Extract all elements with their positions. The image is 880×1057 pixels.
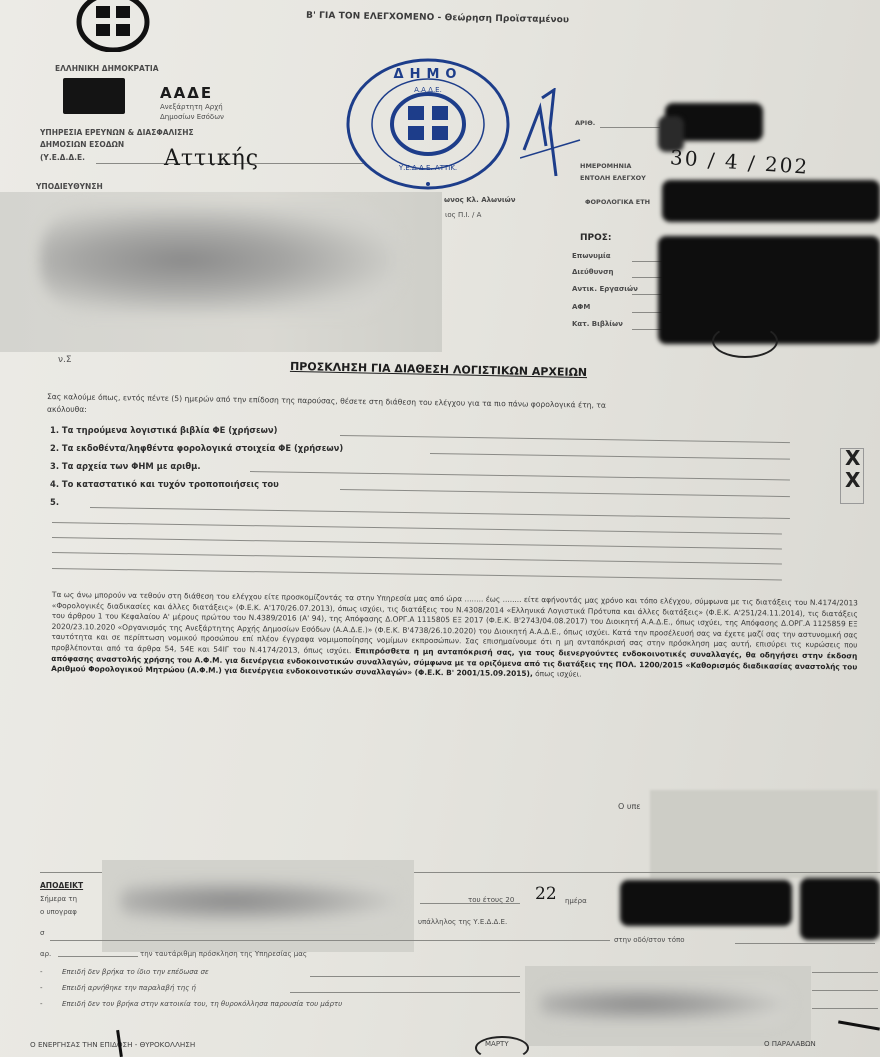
requested-item: 5. <box>50 497 59 507</box>
recipient-field-label: Κατ. Βιβλίων <box>572 320 623 328</box>
requested-item: 3. Τα αρχεία των ΦΗΜ με αριθμ. <box>50 461 201 471</box>
checkmark-1: X <box>845 446 860 470</box>
legal-body-paragraph: Τα ως άνω μπορούν να τεθούν στη διάθεση … <box>51 590 858 683</box>
redacted-recipient <box>658 236 880 344</box>
handwritten-year: 22 <box>535 884 557 904</box>
item-fill-line <box>250 471 790 480</box>
address-fragment: ωνος Κλ. Αλωνιών <box>444 196 515 204</box>
reason-bullet: - <box>40 968 43 976</box>
checkmark-2: X <box>845 468 860 492</box>
number-label: ΑΡΙΘ. <box>575 119 595 127</box>
receipt-line1-end: ημέρα <box>565 897 587 905</box>
agency-name-line2: Δημοσίων Εσόδων <box>160 113 224 121</box>
body-tail: όπως ισχύει. <box>535 669 582 678</box>
recipient-field-label: Διεύθυνση <box>572 268 614 276</box>
reason-text: Επειδή αρνήθηκε την παραλαβή της ή <box>62 984 196 992</box>
blurred-area-top <box>40 205 400 315</box>
reason-text: Επειδή δεν βρήκα το ίδιο την επέδωσα σε <box>62 968 209 976</box>
svg-text:Υ.Ε.Δ.Δ.Ε. ΑΤΤΙΚ.: Υ.Ε.Δ.Δ.Ε. ΑΤΤΙΚ. <box>398 164 457 172</box>
recipient-field-label: ΑΦΜ <box>572 303 590 311</box>
intro-line2: ακόλουθα: <box>47 405 87 414</box>
recipient-field-label: Αντικ. Εργασιών <box>572 285 638 293</box>
receipt-line1-mid: του έτους 20 <box>468 896 514 904</box>
republic-label: ΕΛΛΗΝΙΚΗ ΔΗΜΟΚΡΑΤΙΑ <box>55 64 159 73</box>
document-title: ΠΡΟΣΚΛΗΣΗ ΓΙΑ ΔΙΑΘΕΣΗ ΛΟΓΙΣΤΙΚΩΝ ΑΡΧΕΙΩΝ <box>290 360 587 379</box>
receipt-line4-rule <box>58 956 138 957</box>
requested-item: 4. Το καταστατικό και τυχόν τροποποιήσει… <box>50 479 279 489</box>
receipt-line4-mid: την ταυτάριθμη πρόσκληση της Υπηρεσίας μ… <box>140 950 307 958</box>
service-line2: ΔΗΜΟΣΙΩΝ ΕΣΟΔΩΝ <box>40 140 124 149</box>
right-fill-line <box>812 1008 878 1009</box>
official-stamp: ΔΗΜΟ Α.Α.Δ.Ε. Υ.Ε.Δ.Δ.Ε. ΑΤΤΙΚ. <box>342 52 518 192</box>
redacted-receipt-name <box>800 878 880 940</box>
service-line3: (Υ.Ε.Δ.Δ.Ε. <box>40 153 85 162</box>
receipt-line3-rule-b <box>735 943 875 944</box>
redacted-order <box>662 180 880 222</box>
agency-abbreviation: ΑΑΔΕ <box>160 84 213 102</box>
receipt-line4-start: αρ. <box>40 950 51 958</box>
handwritten-circle <box>712 324 778 358</box>
greek-coat-of-arms-icon <box>72 0 154 52</box>
blurred-area-receipt <box>120 878 400 924</box>
subdivision-label: ΥΠΟΔΙΕΥΘΥΝΣΗ <box>36 182 103 191</box>
receipt-line3-start: σ <box>40 929 44 937</box>
right-fill-line <box>812 972 878 973</box>
blank-line <box>52 568 782 580</box>
server-label: Ο ΕΝΕΡΓΗΣΑΣ ΤΗΝ ΕΠΙΔΟΣΗ - ΘΥΡΟΚΟΛΛΗΣΗ <box>30 1040 195 1049</box>
receiver-label: Ο ΠΑΡΑΛΑΒΩΝ <box>764 1040 816 1048</box>
body-text: Τα ως άνω μπορούν να τεθούν στη διάθεση … <box>51 590 858 655</box>
requested-item: 2. Τα εκδοθέντα/ληφθέντα φορολογικά στοι… <box>50 443 343 453</box>
recipient-field-label: Επωνυμία <box>572 252 611 260</box>
recipient-to-label: ΠΡΟΣ: <box>580 233 612 243</box>
item-fill-line <box>430 453 790 460</box>
receiver-signature-stroke <box>838 1020 880 1030</box>
service-line1: ΥΠΗΡΕΣΙΑ ΕΡΕΥΝΩΝ & ΔΙΑΣΦΑΛΙΣΗΣ <box>40 128 194 137</box>
reason-fill-line <box>290 992 520 993</box>
item-fill-line <box>340 435 790 443</box>
blank-line <box>52 522 782 534</box>
blank-line <box>52 552 782 564</box>
svg-text:ΔΗΜΟ: ΔΗΜΟ <box>394 67 463 82</box>
scanned-document: Β' ΓΙΑ ΤΟΝ ΕΛΕΓΧΟΜΕΝΟ - Θεώρηση Προϊσταμ… <box>0 0 880 1057</box>
margin-mark: ν.Σ <box>58 355 72 365</box>
stamp-inner-text: Α.Α.Δ.Ε. <box>414 86 442 94</box>
blurred-area-bottom <box>540 985 790 1023</box>
receipt-title: ΑΠΟΔΕΙΚΤ <box>40 881 83 890</box>
agency-name-line1: Ανεξάρτητη Αρχή <box>160 103 223 111</box>
reason-fill-line <box>310 976 520 977</box>
intro-line1: Σας καλούμε όπως, εντός πέντε (5) ημερών… <box>47 392 606 410</box>
aade-logo-icon <box>63 78 125 114</box>
receipt-line3-mid: στην οδό/στον τόπο <box>614 936 685 944</box>
reason-bullet: - <box>40 1000 43 1008</box>
handwritten-date: 30 / 4 / 202 <box>669 145 810 179</box>
right-fill-line <box>812 990 878 991</box>
receipt-line3-rule-a <box>50 940 610 941</box>
witness-signature-loop <box>475 1036 529 1057</box>
copy-label: Β' ΓΙΑ ΤΟΝ ΕΛΕΓΧΟΜΕΝΟ - Θεώρηση Προϊσταμ… <box>306 11 569 26</box>
number-underline <box>600 127 660 128</box>
receipt-line1-start: Σήμερα τη <box>40 895 77 903</box>
reason-text: Επειδή δεν τον βρήκα στην κατοικία του, … <box>62 1000 342 1008</box>
signatory-fragment: Ο υπε <box>618 802 641 811</box>
item-fill-line <box>90 507 790 519</box>
receipt-line2-mid: υπάλληλος της Υ.Ε.Δ.Δ.Ε. <box>418 918 507 926</box>
handwritten-region: Αττικής <box>164 146 259 171</box>
redacted-receipt-date <box>620 880 792 926</box>
order-label: ΕΝΤΟΛΗ ΕΛΕΓΧΟΥ <box>580 174 646 182</box>
date-label: ΗΜΕΡΟΜΗΝΙΑ <box>580 162 631 170</box>
receipt-line2-start: ο υπογραφ <box>40 908 77 916</box>
requested-item: 1. Τα τηρούμενα λογιστικά βιβλία ΦΕ (χρή… <box>50 425 277 435</box>
reason-bullet: - <box>40 984 43 992</box>
item-fill-line <box>340 489 790 497</box>
address-fragment-2: ιος Π.Ι. / Α <box>445 211 481 219</box>
blank-line <box>52 537 782 549</box>
redaction-panel-signatory <box>650 790 878 878</box>
tax-years-label: ΦΟΡΟΛΟΓΙΚΑ ΕΤΗ <box>585 198 650 206</box>
